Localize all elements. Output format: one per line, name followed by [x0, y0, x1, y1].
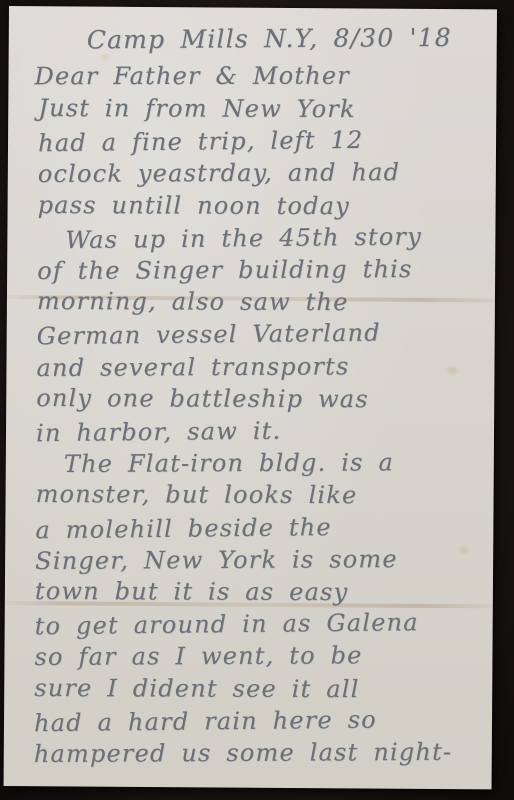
letter-line: to get around in as Galena: [35, 606, 493, 643]
letter-line: in harbor, saw it.: [36, 412, 494, 449]
letter-line: had a hard rain here so: [34, 702, 492, 739]
letter-line: and several transports: [36, 349, 494, 384]
letter-line: Just in from New York: [38, 92, 496, 126]
letter-paper: Camp Mills N.Y, 8/30 '18 Dear Father & M…: [4, 6, 497, 789]
letter-salutation: Dear Father & Mother: [34, 61, 496, 90]
letter-line: oclock yeastrday, and had: [38, 156, 496, 191]
letter-line: monster, but looks like: [36, 478, 494, 512]
letter-heading: Camp Mills N.Y, 8/30 '18: [87, 23, 493, 55]
letter-line: morning, also saw the: [37, 285, 495, 319]
letter-line: The Flat-iron bldg. is a: [64, 446, 494, 480]
letter-line: of the Singer building this: [37, 253, 495, 288]
letter-line: hampered us some last night-: [34, 736, 492, 771]
letter-line: Was up in the 45th story: [65, 219, 495, 256]
letter-line: a molehill beside the: [35, 509, 493, 546]
letter-line: Singer, New York is some: [35, 542, 493, 577]
letter-body: Just in from New Yorkhad a fine trip, le…: [4, 91, 497, 771]
letter-line: had a fine trip, left 12: [38, 123, 496, 160]
letter-line: pass untill noon today: [38, 189, 496, 223]
letter-line: so far as I went, to be: [34, 639, 492, 674]
letter-line: sure I dident see it all: [34, 672, 492, 706]
letter-line: only one battleship was: [36, 382, 494, 416]
letter-line: German vessel Vaterland: [37, 316, 495, 353]
letter-line: town but it is as easy: [35, 575, 493, 609]
photo-background: Camp Mills N.Y, 8/30 '18 Dear Father & M…: [0, 0, 514, 800]
